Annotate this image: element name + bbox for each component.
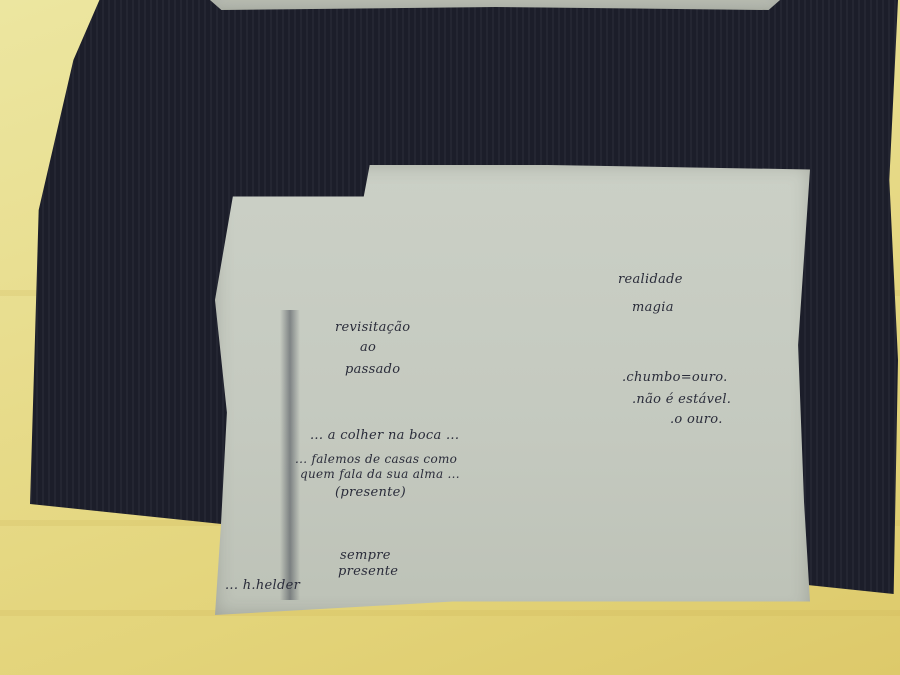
handwriting-sempre: sempre bbox=[340, 548, 391, 563]
handwriting-colher: ... a colher na boca ... bbox=[310, 428, 459, 443]
handwriting-ao: ao bbox=[360, 340, 376, 355]
handwriting-presente: (presente) bbox=[335, 485, 406, 500]
wood-grain bbox=[0, 610, 900, 616]
handwriting-nao-estavel: .não é estável. bbox=[632, 392, 731, 407]
handwriting-chumbo-ouro: .chumbo=ouro. bbox=[622, 370, 728, 385]
handwriting-o-ouro: .o ouro. bbox=[670, 412, 723, 427]
handwriting-passado: passado bbox=[345, 362, 400, 377]
main-paper-sheet bbox=[215, 165, 810, 615]
handwriting-revisitacao: revisitação bbox=[335, 320, 410, 335]
handwriting-magia: magia bbox=[632, 300, 674, 315]
handwriting-quem-fala: quem fala da sua alma ... bbox=[300, 467, 460, 481]
handwriting-falemos: ... falemos de casas como bbox=[295, 452, 457, 466]
handwriting-signature: ... h.helder bbox=[225, 578, 300, 593]
handwriting-realidade: realidade bbox=[618, 272, 683, 287]
handwriting-presente-2: presente bbox=[338, 564, 398, 579]
